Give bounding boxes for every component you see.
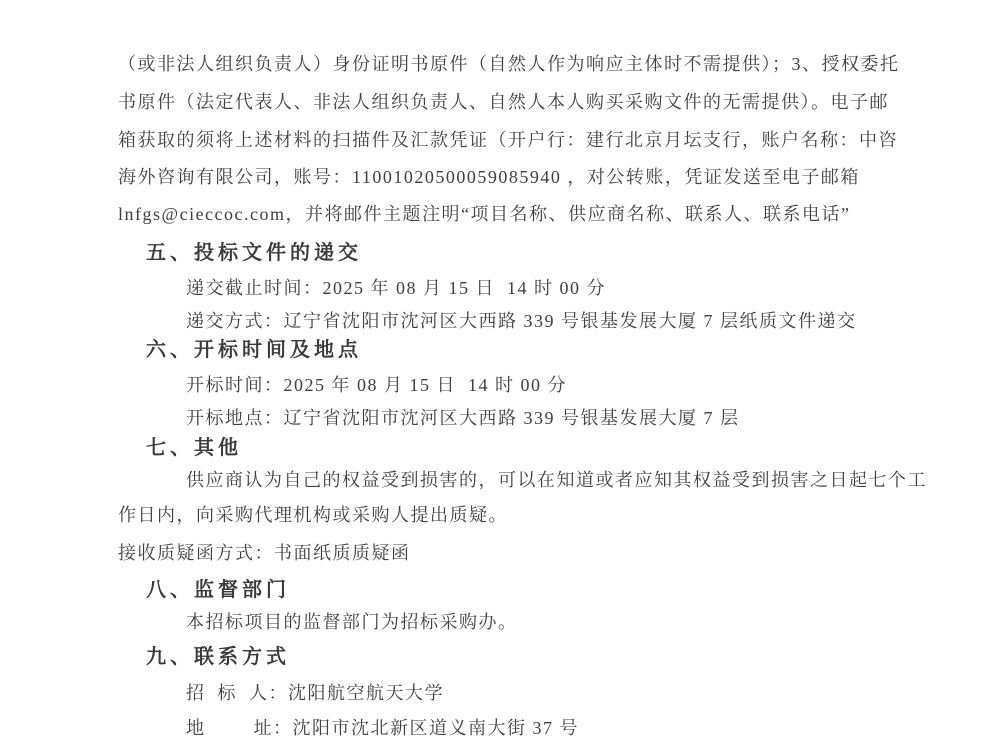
- bank-account-line: 海外咨询有限公司，账号：11001020500059085940 ，对公转账，凭…: [118, 166, 860, 188]
- section-heading-8-supervision-dept: 八、监督部门: [146, 578, 290, 602]
- paragraph-continuation-line: 书原件（法定代表人、非法人组织负责人、自然人本人购买采购文件的无需提供）。电子邮: [118, 91, 889, 113]
- opening-time-line: 开标时间：2025 年 08 月 15 日 14 时 00 分: [186, 374, 567, 396]
- tenderer-address-line: 地 址：沈阳市沈北新区道义南大街 37 号: [186, 717, 579, 739]
- submission-deadline-line: 递交截止时间：2025 年 08 月 15 日 14 时 00 分: [186, 277, 606, 299]
- objection-letter-method-line: 接收质疑函方式：书面纸质质疑函: [118, 542, 411, 564]
- objection-paragraph-line: 供应商认为自己的权益受到损害的，可以在知道或者应知其权益受到损害之日起七个工: [186, 469, 927, 491]
- section-heading-7-other: 七、其他: [146, 436, 242, 460]
- supervision-dept-line: 本招标项目的监督部门为招标采购办。: [186, 611, 518, 633]
- section-heading-9-contact-info: 九、联系方式: [146, 645, 290, 669]
- opening-place-line: 开标地点：辽宁省沈阳市沈河区大西路 339 号银基发展大厦 7 层: [186, 407, 740, 429]
- submission-method-line: 递交方式：辽宁省沈阳市沈河区大西路 339 号银基发展大厦 7 层纸质文件递交: [186, 310, 857, 332]
- document-page: （或非法人组织负责人）身份证明书原件（自然人作为响应主体时不需提供）；3、授权委…: [0, 0, 992, 749]
- paragraph-continuation-line: 箱获取的须将上述材料的扫描件及汇款凭证（开户行：建行北京月坛支行，账户名称：中咨: [118, 129, 898, 151]
- objection-paragraph-line: 作日内，向采购代理机构或采购人提出质疑。: [118, 504, 508, 526]
- section-heading-5-bid-submission: 五、投标文件的递交: [146, 241, 362, 265]
- section-heading-6-opening-time-place: 六、开标时间及地点: [146, 338, 362, 362]
- tenderer-name-line: 招 标 人：沈阳航空航天大学: [186, 682, 444, 704]
- email-instruction-line: lnfgs@cieccoc.com，并将邮件主题注明“项目名称、供应商名称、联系…: [118, 203, 851, 225]
- paragraph-continuation-line: （或非法人组织负责人）身份证明书原件（自然人作为响应主体时不需提供）；3、授权委…: [118, 53, 900, 75]
